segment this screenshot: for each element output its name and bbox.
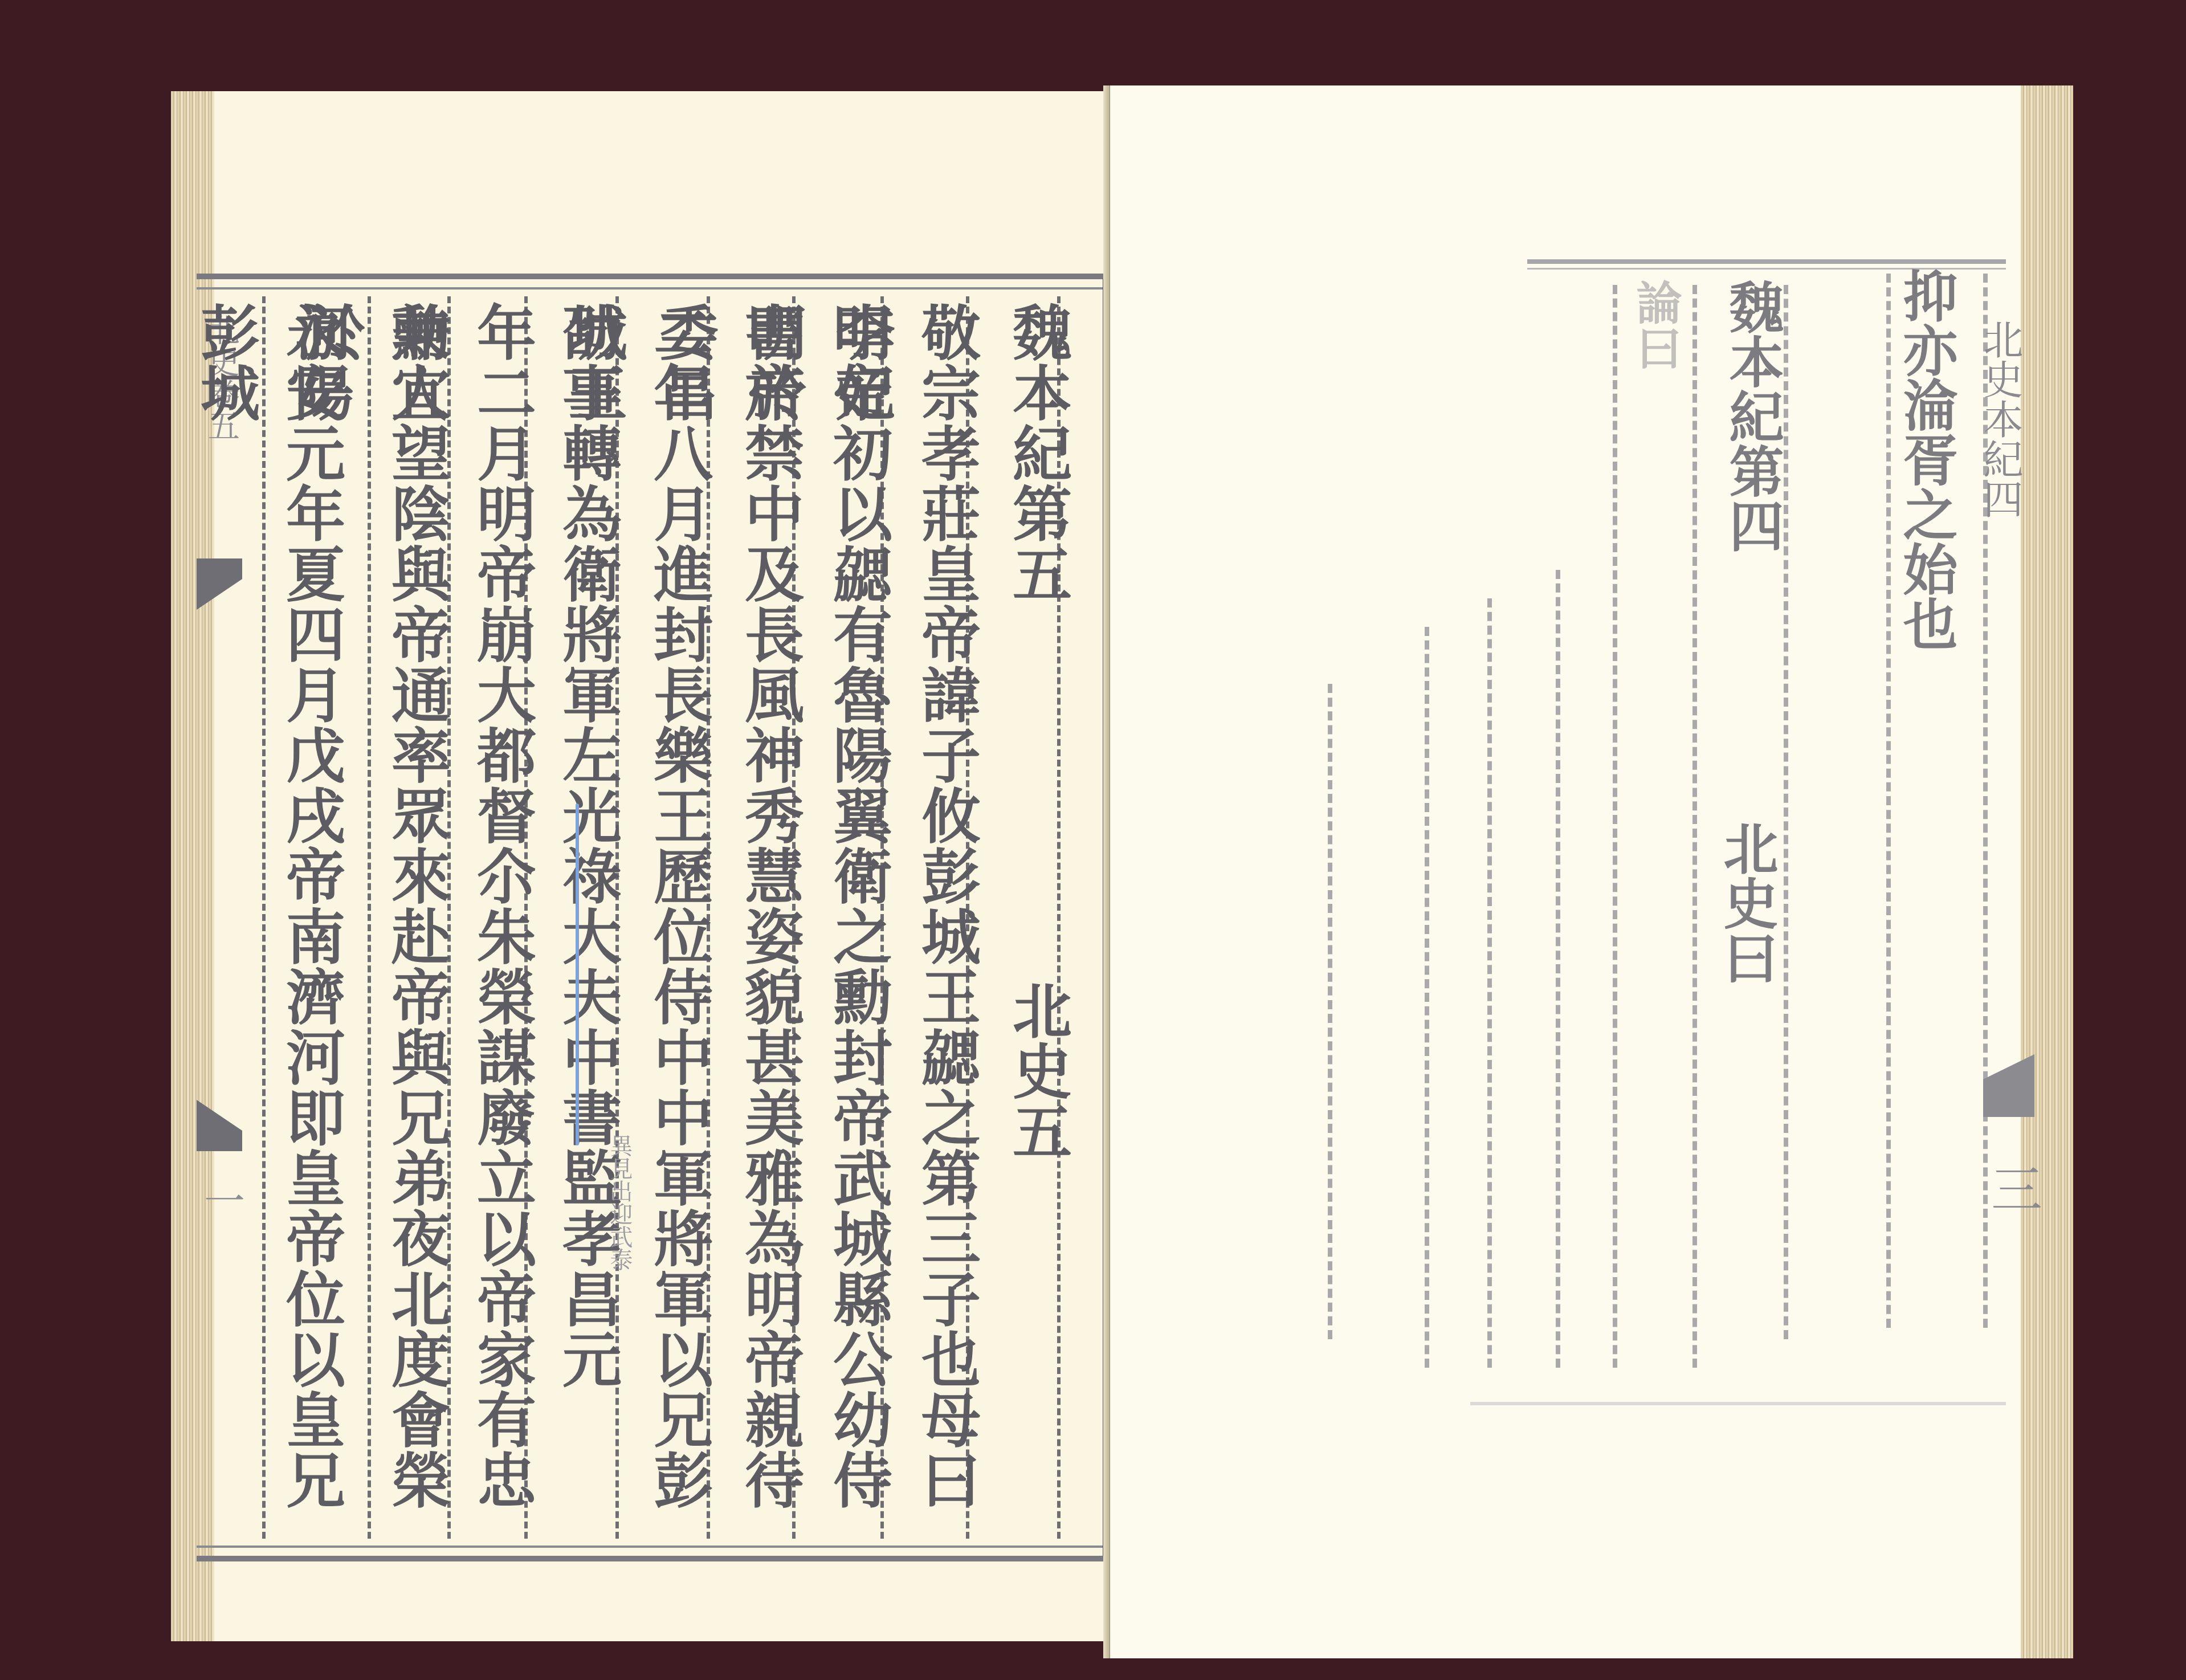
banxin-page-number: 一 <box>201 1180 241 1221</box>
ghost-column-rule <box>1613 285 1617 1368</box>
fishtail-icon-lower <box>197 1100 242 1151</box>
column-rule <box>368 296 371 1539</box>
ghost-text-column-2: 魏本紀第四 <box>1715 279 1789 553</box>
text-column-4: 書於禁中及長風神秀慧姿貌甚美雅為明帝親待委昌 <box>727 302 812 1533</box>
book-spread: 北史卷五 一 魏本紀第五 北史五 敬宗孝莊皇帝諱子攸彭城王勰之第三子也母曰李妃 … <box>0 0 2186 1680</box>
frame-inner-bottom-rule <box>197 1546 1103 1548</box>
banxin-left: 北史卷五 一 <box>197 291 242 1544</box>
column-rule <box>262 296 266 1539</box>
ghost-column-rule <box>1328 684 1332 1339</box>
ghost-column-rule <box>1692 285 1697 1368</box>
text-column-5: 二年八月進封長樂王歷位侍中中軍將軍以兄彭城王 <box>635 302 721 1533</box>
ghost-text-column-3: 論曰 <box>1618 279 1692 370</box>
right-banxin-page-number: 三 <box>1989 1163 2034 1214</box>
ghost-column-rule <box>1425 627 1429 1368</box>
blue-ink-mark <box>576 804 579 1145</box>
text-column-10: 永安元年夏四月戊戌帝南濟河即皇帝位以皇兄彭城 <box>268 302 353 1533</box>
right-frame-top-rule <box>1527 259 2006 264</box>
text-column-1-chapter-title: 魏本紀第五 <box>994 302 1080 735</box>
ghost-column-rule <box>1487 598 1492 1368</box>
frame-inner-top-rule <box>197 287 1103 289</box>
text-column-2: 敬宗孝莊皇帝諱子攸彭城王勰之第三子也母曰李妃 <box>903 302 989 1533</box>
text-column-3: 明帝初以勰有魯陽翼衛之勳封帝武城縣公幼侍明帝 <box>815 302 900 1533</box>
page-edges-right <box>2021 85 2073 1658</box>
text-column-1-footer: 北史五 <box>994 980 1080 1265</box>
ghost-text-column-4: 北史曰 <box>1710 821 1784 985</box>
text-column-7: 年二月明帝崩大都督尒朱榮謀廢立以帝家有忠勳宜 <box>459 302 544 1533</box>
text-column-6: 劭事轉為衛將軍左光祿大夫中書監孝昌元 <box>544 302 630 1533</box>
ghost-text-column-1: 抑亦淪胥之始也 <box>1889 268 1963 651</box>
fishtail-icon <box>197 558 242 610</box>
left-page-frame: 北史卷五 一 魏本紀第五 北史五 敬宗孝莊皇帝諱子攸彭城王勰之第三子也母曰李妃 … <box>197 274 1106 1561</box>
ghost-column-rule <box>1556 570 1560 1368</box>
interlinear-annotation: 異見出迎武泰 <box>608 1134 631 1271</box>
right-banxin-title: 北史本紀四 <box>1977 319 2023 519</box>
right-frame-bottom-rule <box>1470 1402 2006 1405</box>
text-column-8: 兼人望陰與帝通率眾來赴帝與兄弟夜北度會榮於 <box>373 302 459 1533</box>
